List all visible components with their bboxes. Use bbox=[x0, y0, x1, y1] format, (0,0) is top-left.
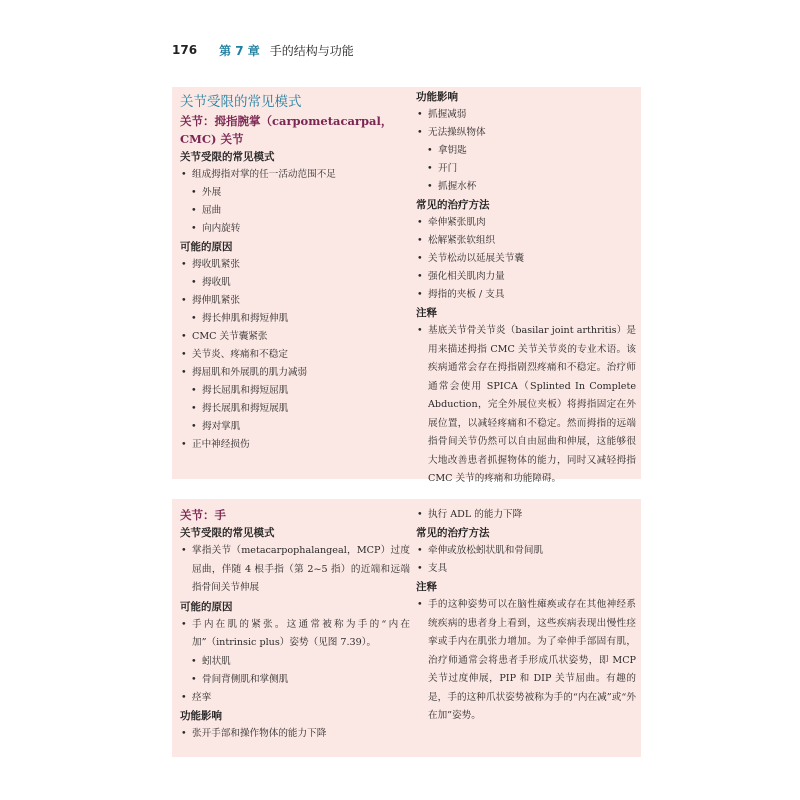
list-item: 拿钥匙 bbox=[416, 142, 636, 160]
list-item: 支具 bbox=[416, 560, 636, 578]
chapter-number: 第 7 章 bbox=[219, 42, 260, 59]
list-item: 屈曲 bbox=[180, 202, 410, 220]
list-item: 拇伸肌紧张 bbox=[180, 292, 410, 310]
hand-right-column: 执行 ADL 的能力下降 常见的治疗方法 牵伸或放松蚓状肌和骨间肌 支具 注释 … bbox=[416, 499, 636, 726]
cause-heading: 可能的原因 bbox=[180, 238, 410, 256]
list-item: 拇长展肌和拇短展肌 bbox=[180, 400, 410, 418]
page-header: 176 第 7 章 手的结构与功能 bbox=[172, 40, 354, 60]
list-item: 痉挛 bbox=[180, 689, 410, 707]
function-heading: 功能影响 bbox=[416, 88, 636, 106]
cmc-left-column: 关节受限的常见模式 关节：拇指腕掌（carpometacarpal， CMC) … bbox=[180, 87, 410, 454]
list-item: 关节炎、疼痛和不稳定 bbox=[180, 346, 410, 364]
list-item: 拇对掌肌 bbox=[180, 418, 410, 436]
list-item: 手内在肌的紧张。这通常被称为手的“内在加”（intrinsic plus）姿势（… bbox=[180, 616, 410, 653]
chapter-title: 手的结构与功能 bbox=[270, 42, 354, 59]
hand-left-column: 关节：手 关节受限的常见模式 掌指关节（metacarpophalangeal，… bbox=[180, 499, 410, 743]
list-item: 开门 bbox=[416, 160, 636, 178]
list-item: 牵伸紧张肌肉 bbox=[416, 214, 636, 232]
list-item: CMC 关节囊紧张 bbox=[180, 328, 410, 346]
list-item: 外展 bbox=[180, 184, 410, 202]
list-item: 抓握减弱 bbox=[416, 106, 636, 124]
list-item: 组成拇指对掌的任一活动范围不足 bbox=[180, 166, 410, 184]
list-item: 张开手部和操作物体的能力下降 bbox=[180, 725, 410, 743]
box-title: 关节受限的常见模式 bbox=[180, 92, 410, 112]
page-number: 176 bbox=[172, 43, 197, 57]
notes-heading: 注释 bbox=[416, 304, 636, 322]
hand-joint-box: 关节：手 关节受限的常见模式 掌指关节（metacarpophalangeal，… bbox=[172, 499, 641, 757]
list-item: 拇收肌紧张 bbox=[180, 256, 410, 274]
pattern-heading: 关节受限的常见模式 bbox=[180, 524, 410, 542]
list-item: 向内旋转 bbox=[180, 220, 410, 238]
list-item: 强化相关肌肉力量 bbox=[416, 268, 636, 286]
list-item: 拇长伸肌和拇短伸肌 bbox=[180, 310, 410, 328]
list-item: 蚓状肌 bbox=[180, 653, 410, 671]
joint-heading-line1: 关节：拇指腕掌（carpometacarpal， bbox=[180, 112, 410, 130]
note-paragraph: 手的这种姿势可以在脑性瘫痪或存在其他神经系统疾病的患者身上看到，这些疾病表现出慢… bbox=[416, 596, 636, 726]
list-item: 正中神经损伤 bbox=[180, 436, 410, 454]
cmc-right-column: 功能影响 抓握减弱 无法操纵物体 拿钥匙 开门 抓握水杯 常见的治疗方法 牵伸紧… bbox=[416, 87, 636, 489]
list-item: 拇屈肌和外展肌的肌力减弱 bbox=[180, 364, 410, 382]
joint-heading: 关节：手 bbox=[180, 506, 410, 524]
list-item: 掌指关节（metacarpophalangeal，MCP）过度屈曲，伴随 4 根… bbox=[180, 542, 410, 598]
list-item: 抓握水杯 bbox=[416, 178, 636, 196]
list-item: 拇长屈肌和拇短屈肌 bbox=[180, 382, 410, 400]
list-item: 骨间背侧肌和掌侧肌 bbox=[180, 671, 410, 689]
treatment-heading: 常见的治疗方法 bbox=[416, 524, 636, 542]
function-heading: 功能影响 bbox=[180, 707, 410, 725]
joint-heading-line2: CMC) 关节 bbox=[180, 130, 410, 148]
list-item: 松解紧张软组织 bbox=[416, 232, 636, 250]
cause-heading: 可能的原因 bbox=[180, 598, 410, 616]
cmc-joint-box: 关节受限的常见模式 关节：拇指腕掌（carpometacarpal， CMC) … bbox=[172, 87, 641, 479]
list-item: 拇指的夹板 / 支具 bbox=[416, 286, 636, 304]
list-item: 拇收肌 bbox=[180, 274, 410, 292]
list-item: 执行 ADL 的能力下降 bbox=[416, 506, 636, 524]
treatment-heading: 常见的治疗方法 bbox=[416, 196, 636, 214]
list-item: 无法操纵物体 bbox=[416, 124, 636, 142]
list-item: 牵伸或放松蚓状肌和骨间肌 bbox=[416, 542, 636, 560]
notes-heading: 注释 bbox=[416, 578, 636, 596]
pattern-heading: 关节受限的常见模式 bbox=[180, 148, 410, 166]
list-item: 关节松动以延展关节囊 bbox=[416, 250, 636, 268]
note-paragraph: 基底关节骨关节炎（basilar joint arthritis）是用来描述拇指… bbox=[416, 322, 636, 489]
